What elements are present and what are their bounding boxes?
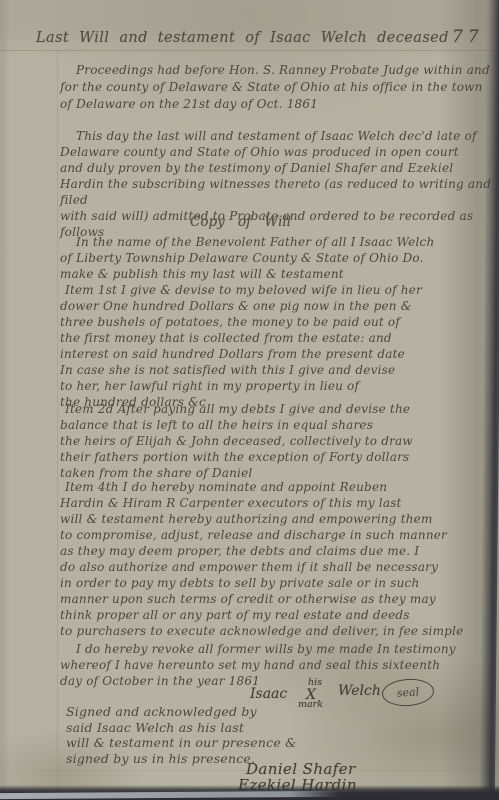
right-margin-line <box>486 0 487 800</box>
manuscript-line: the first money that is collected from t… <box>60 330 422 346</box>
will-preamble: In the name of the Benevolent Father of … <box>60 234 434 282</box>
testator-first-name: Isaac <box>250 686 287 702</box>
will-item-1: Item 1st I give & devise to my beloved w… <box>60 282 422 410</box>
will-item-2: Item 2d After paying all my debts I give… <box>60 401 413 481</box>
photo-edge-right <box>479 0 499 800</box>
manuscript-line: whereof I have hereunto set my hand and … <box>60 657 456 673</box>
his-mark-label-bottom: mark <box>298 699 323 710</box>
seal-label: seal <box>396 685 419 700</box>
manuscript-line: Hardin the subscribing witnesses thereto… <box>60 176 499 208</box>
manuscript-line: dower One hundred Dollars & one pig now … <box>60 298 422 314</box>
attestation-paragraph: Signed and acknowledged by said Isaac We… <box>66 704 296 766</box>
manuscript-line: the heirs of Elijah & John deceased, col… <box>60 433 413 449</box>
will-heading: Copy of Will <box>190 214 291 230</box>
manuscript-line: Delaware county and State of Ohio was pr… <box>60 144 499 160</box>
manuscript-line: of Delaware on the 21st day of Oct. 1861 <box>60 96 490 113</box>
manuscript-line: said Isaac Welch as his last <box>66 720 296 736</box>
page-number: 77 <box>452 27 484 47</box>
manuscript-line: their fathers portion with the exception… <box>60 449 413 465</box>
manuscript-line: make & publish this my last will & testa… <box>60 266 434 282</box>
manuscript-line: This day the last will and testament of … <box>60 128 499 144</box>
proceedings-paragraph: Proceedings had before Hon. S. Ranney Pr… <box>60 62 490 113</box>
manuscript-line: balance that is left to all the heirs in… <box>60 417 413 433</box>
manuscript-line: will & testament hereby authorizing and … <box>60 511 463 527</box>
manuscript-line: Item 2d After paying all my debts I give… <box>60 401 413 417</box>
manuscript-line: manner upon such terms of credit or othe… <box>60 591 463 607</box>
will-item-4: Item 4th I do hereby nominate and appoin… <box>60 479 463 639</box>
manuscript-line: Hardin & Hiram R Carpenter executors of … <box>60 495 463 511</box>
manuscript-line: Item 1st I give & devise to my beloved w… <box>60 282 422 298</box>
manuscript-line: Signed and acknowledged by <box>66 704 296 720</box>
left-margin-line <box>57 50 58 792</box>
manuscript-line: as they may deem proper, the debts and c… <box>60 543 463 559</box>
witness-signature: Ezekiel Hardin <box>238 776 357 794</box>
manuscript-line: will & testament in our presence & <box>66 735 296 751</box>
manuscript-line: do also authorize and empower them if it… <box>60 559 463 575</box>
manuscript-page: Last Will and testament of Isaac Welch d… <box>0 0 499 800</box>
manuscript-line: to purchasers to execute acknowledge and… <box>60 623 463 639</box>
manuscript-line: and duly proven by the testimony of Dani… <box>60 160 499 176</box>
page-title: Last Will and testament of Isaac Welch d… <box>36 30 449 46</box>
manuscript-line: three bushels of potatoes, the money to … <box>60 314 422 330</box>
testator-last-name: Welch <box>338 683 381 699</box>
manuscript-line: for the county of Delaware & State of Oh… <box>60 79 490 96</box>
manuscript-line: in order to pay my debts to sell by priv… <box>60 575 463 591</box>
manuscript-line: to compromise, adjust, release and disch… <box>60 527 463 543</box>
manuscript-line: think proper all or any part of my real … <box>60 607 463 623</box>
manuscript-line: I do hereby revoke all former wills by m… <box>60 641 456 657</box>
manuscript-line: interest on said hundred Dollars from th… <box>60 346 422 362</box>
manuscript-line: In case she is not satisfied with this I… <box>60 362 422 378</box>
manuscript-line: Item 4th I do hereby nominate and appoin… <box>60 479 463 495</box>
manuscript-line: Proceedings had before Hon. S. Ranney Pr… <box>60 62 490 79</box>
manuscript-line: of Liberty Township Delaware County & St… <box>60 250 434 266</box>
header-rule-line <box>0 50 499 51</box>
manuscript-line: In the name of the Benevolent Father of … <box>60 234 434 250</box>
manuscript-line: to her, her lawful right in my property … <box>60 378 422 394</box>
